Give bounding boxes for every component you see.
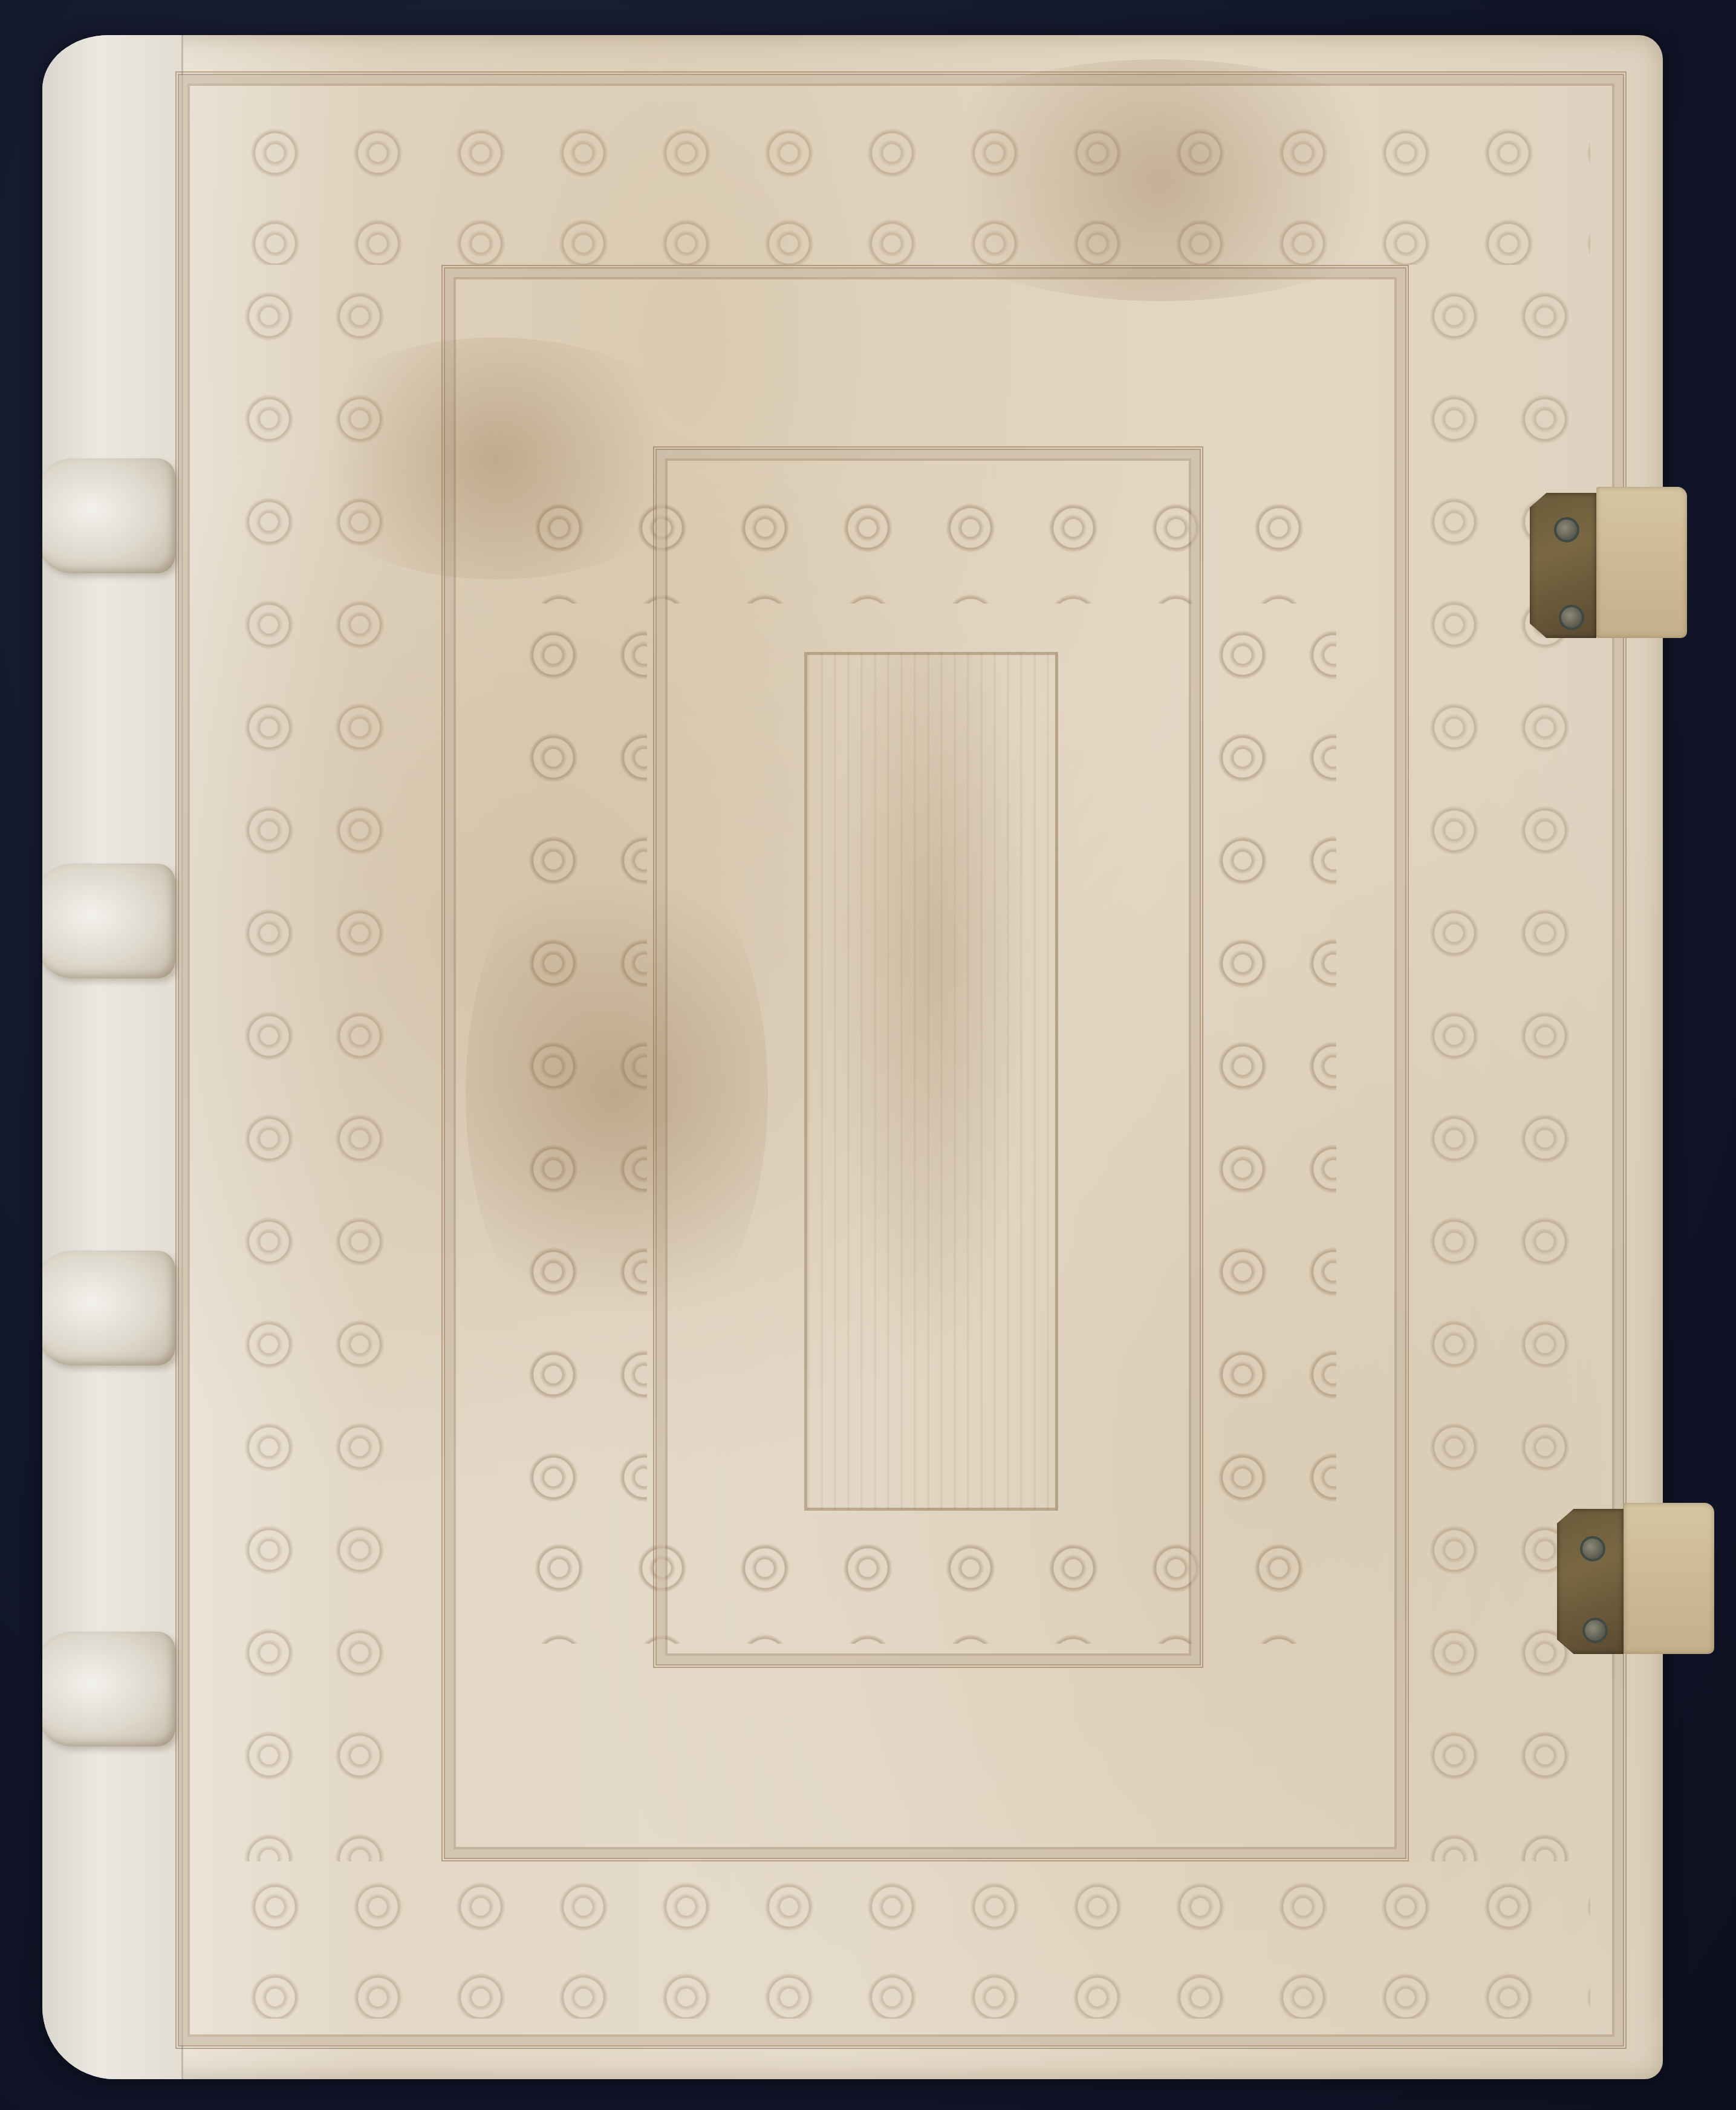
pigskin-strap (1624, 1503, 1714, 1654)
bottom-roll-border (224, 1861, 1590, 2019)
lower-clasp (1557, 1503, 1732, 1660)
rivet-icon (1554, 517, 1579, 542)
discoloration-stain (466, 821, 768, 1366)
raised-band-2 (42, 864, 175, 978)
upper-clasp (1530, 487, 1705, 644)
raised-band-4 (42, 1632, 175, 1747)
spine (42, 35, 183, 2079)
inner-right-scroll-roll (1197, 604, 1336, 1523)
rivet-icon (1582, 1618, 1608, 1643)
pigskin-strap (1596, 487, 1687, 638)
discoloration-stain (889, 59, 1433, 301)
center-panel (804, 652, 1058, 1511)
discoloration-stain (284, 337, 707, 579)
raised-band-1 (42, 458, 175, 573)
rivet-icon (1580, 1536, 1605, 1561)
book-cover (42, 35, 1663, 2079)
raised-band-3 (42, 1251, 175, 1366)
rivet-icon (1559, 605, 1584, 630)
